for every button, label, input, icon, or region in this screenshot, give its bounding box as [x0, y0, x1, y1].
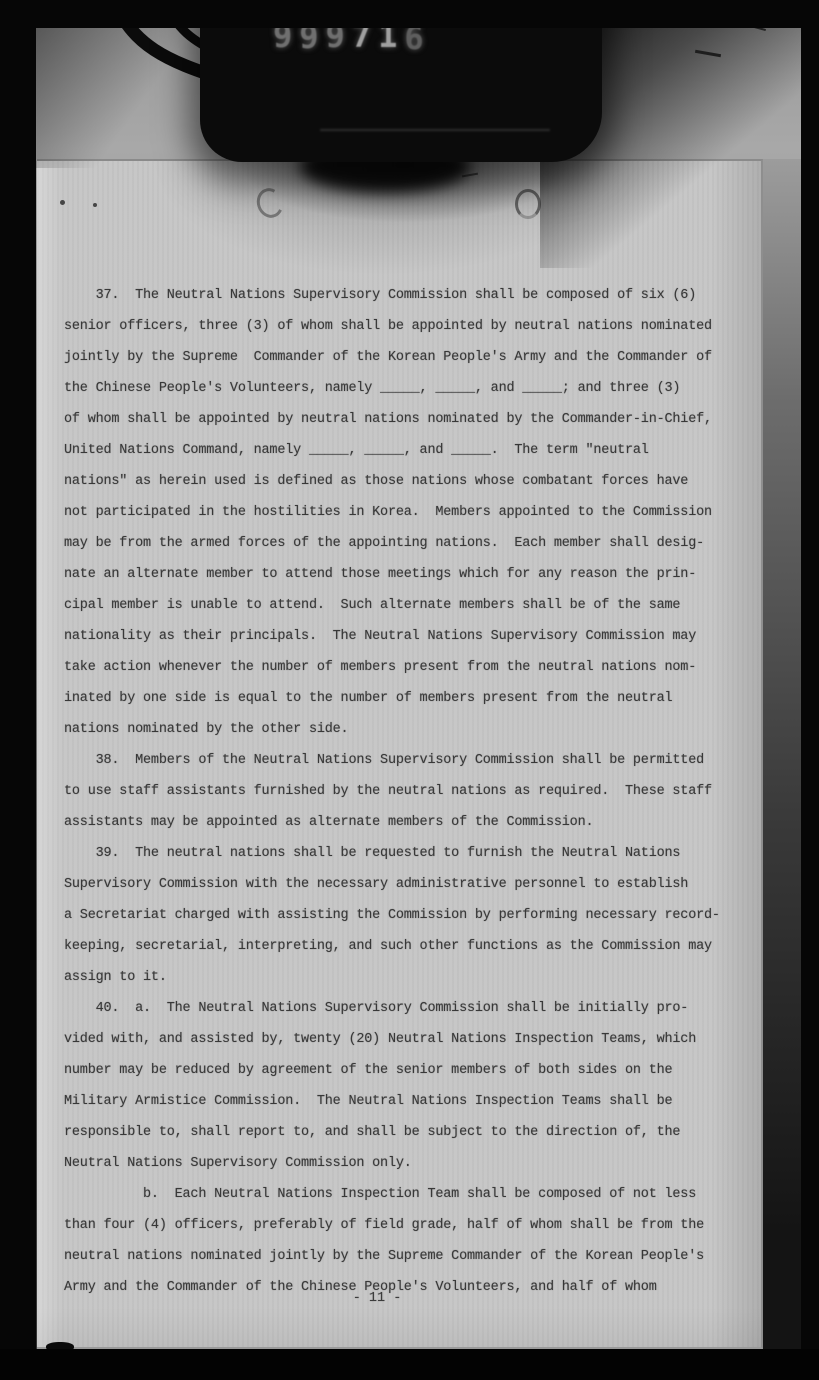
document-line: cipal member is unable to attend. Such a…: [64, 590, 764, 621]
paper-right-edge-shadow: [763, 159, 801, 1349]
document-line: a Secretariat charged with assisting the…: [64, 900, 764, 931]
document-line: 37. The Neutral Nations Supervisory Comm…: [64, 280, 764, 311]
photo-frame-left: [0, 0, 36, 1380]
document-line: jointly by the Supreme Commander of the …: [64, 342, 764, 373]
document-line: nationality as their principals. The Neu…: [64, 621, 764, 652]
document-body-text: 37. The Neutral Nations Supervisory Comm…: [64, 280, 764, 1303]
photo-frame-bottom: [0, 1349, 819, 1380]
document-line: may be from the armed forces of the appo…: [64, 528, 764, 559]
hole-punch-ring-mark: [515, 189, 541, 219]
page-number: - 11 -: [322, 1291, 432, 1306]
document-line: 40. a. The Neutral Nations Supervisory C…: [64, 993, 764, 1024]
document-line: of whom shall be appointed by neutral na…: [64, 404, 764, 435]
document-line: United Nations Command, namely _____, __…: [64, 435, 764, 466]
document-line: Supervisory Commission with the necessar…: [64, 869, 764, 900]
document-line: nations nominated by the other side.: [64, 714, 764, 745]
camera-edge-highlight: [320, 129, 550, 131]
document-line: responsible to, shall report to, and sha…: [64, 1117, 764, 1148]
ink-speck: [93, 203, 97, 207]
document-line: Military Armistice Commission. The Neutr…: [64, 1086, 764, 1117]
photo-frame-top: [0, 0, 819, 28]
document-line: 39. The neutral nations shall be request…: [64, 838, 764, 869]
document-line: not participated in the hostilities in K…: [64, 497, 764, 528]
document-line: nations" as herein used is defined as th…: [64, 466, 764, 497]
document-line: to use staff assistants furnished by the…: [64, 776, 764, 807]
document-line: than four (4) officers, preferably of fi…: [64, 1210, 764, 1241]
document-line: inated by one side is equal to the numbe…: [64, 683, 764, 714]
document-line: 38. Members of the Neutral Nations Super…: [64, 745, 764, 776]
document-line: nate an alternate member to attend those…: [64, 559, 764, 590]
document-line: number may be reduced by agreement of th…: [64, 1055, 764, 1086]
ink-speck: [60, 200, 65, 205]
document-line: b. Each Neutral Nations Inspection Team …: [64, 1179, 764, 1210]
document-line: keeping, secretarial, interpreting, and …: [64, 931, 764, 962]
document-line: assign to it.: [64, 962, 764, 993]
document-line: vided with, and assisted by, twenty (20)…: [64, 1024, 764, 1055]
document-line: neutral nations nominated jointly by the…: [64, 1241, 764, 1272]
document-line: senior officers, three (3) of whom shall…: [64, 311, 764, 342]
document-line: Neutral Nations Supervisory Commission o…: [64, 1148, 764, 1179]
scanned-document-photo: 999716 37. The Neutral Nations Superviso…: [0, 0, 819, 1380]
document-line: take action whenever the number of membe…: [64, 652, 764, 683]
document-line: the Chinese People's Volunteers, namely …: [64, 373, 764, 404]
document-line: assistants may be appointed as alternate…: [64, 807, 764, 838]
photo-frame-right: [801, 0, 819, 1380]
